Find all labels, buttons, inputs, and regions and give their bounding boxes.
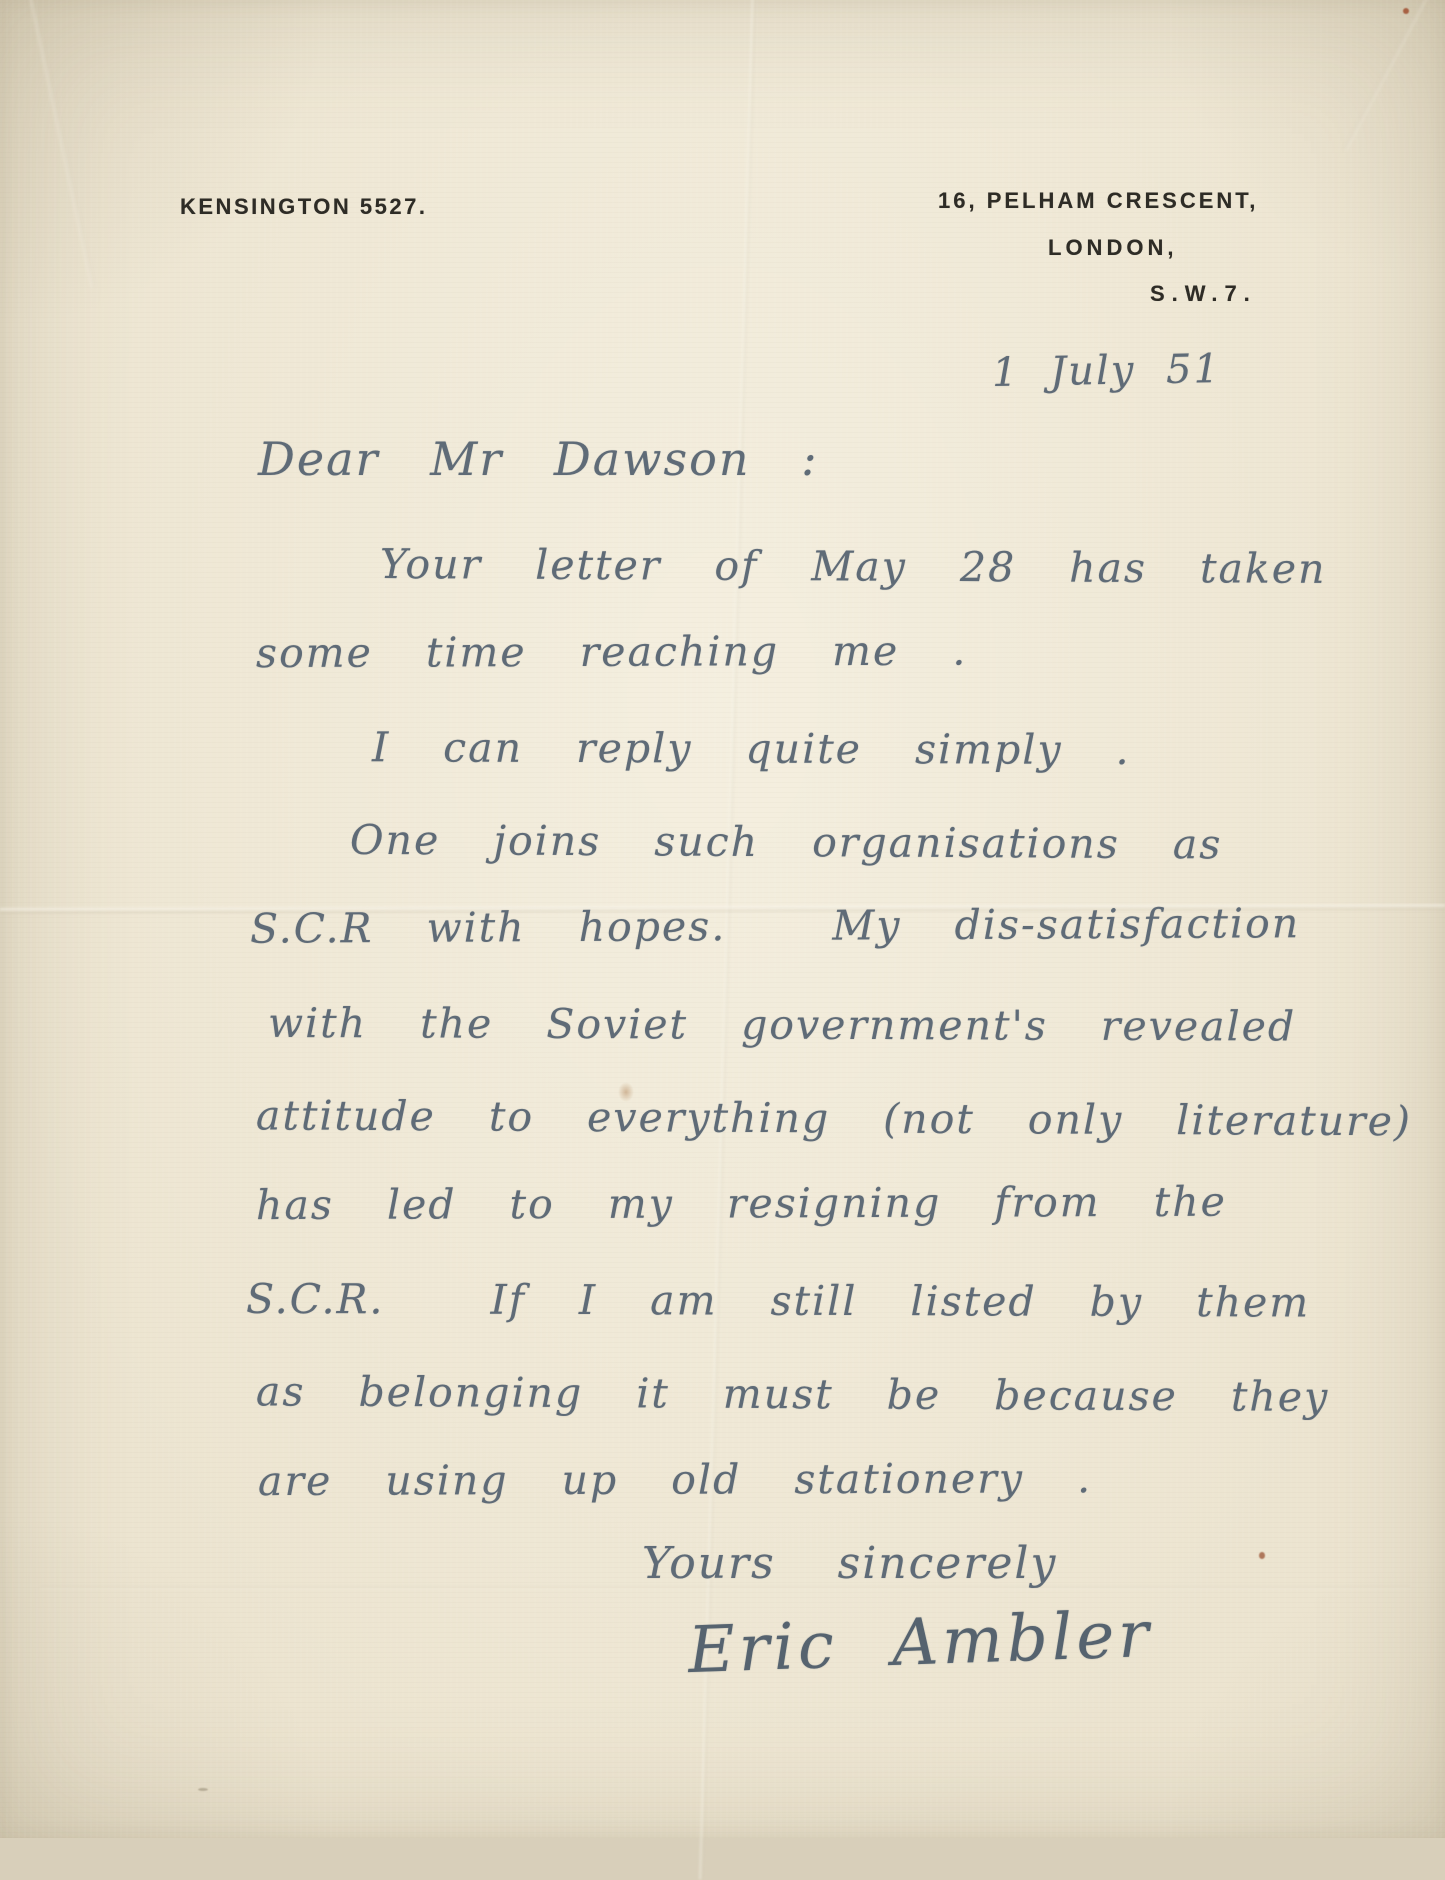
letterhead-phone: KENSINGTON 5527. [180,194,427,220]
letterhead-address-line-2: LONDON, [1048,235,1177,261]
letterhead-address-line-3: S.W.7. [1150,281,1257,307]
body-line: has led to my resigning from the [0,1155,1445,1252]
letter-body: Your letter of May 28 has taken some tim… [0,516,1445,1528]
salutation: Dear Mr Dawson : [258,432,819,486]
body-line: some time reaching me . [0,603,1445,700]
signature: Eric Ambler [687,1598,1154,1688]
red-speck [1403,8,1409,14]
body-line: S.C.R with hopes. My dis-satisfaction [0,876,1445,976]
body-line: as belonging it must be because they [0,1344,1445,1444]
body-line: I can reply quite simply . [0,700,1445,797]
body-line: with the Soviet government's revealed [0,976,1445,1073]
top-left-corner-crease [25,0,94,287]
body-line: attitude to everything (not only literat… [0,1068,1445,1168]
letterhead-address-line-1: 16, PELHAM CRESCENT, [938,188,1258,214]
letter-page: KENSINGTON 5527. 16, PELHAM CRESCENT, LO… [0,0,1445,1838]
top-right-corner-crease [1344,0,1431,150]
body-line: Your letter of May 28 has taken [0,516,1445,616]
body-line: S.C.R. If I am still listed by them [0,1252,1445,1349]
body-line: are using up old stationery . [0,1431,1445,1528]
handwritten-date: 1 July 51 [992,346,1222,396]
red-speck [1259,1552,1265,1559]
rust-stain [618,1082,634,1102]
closing: Yours sincerely [642,1538,1057,1589]
dark-speck [198,1788,208,1791]
